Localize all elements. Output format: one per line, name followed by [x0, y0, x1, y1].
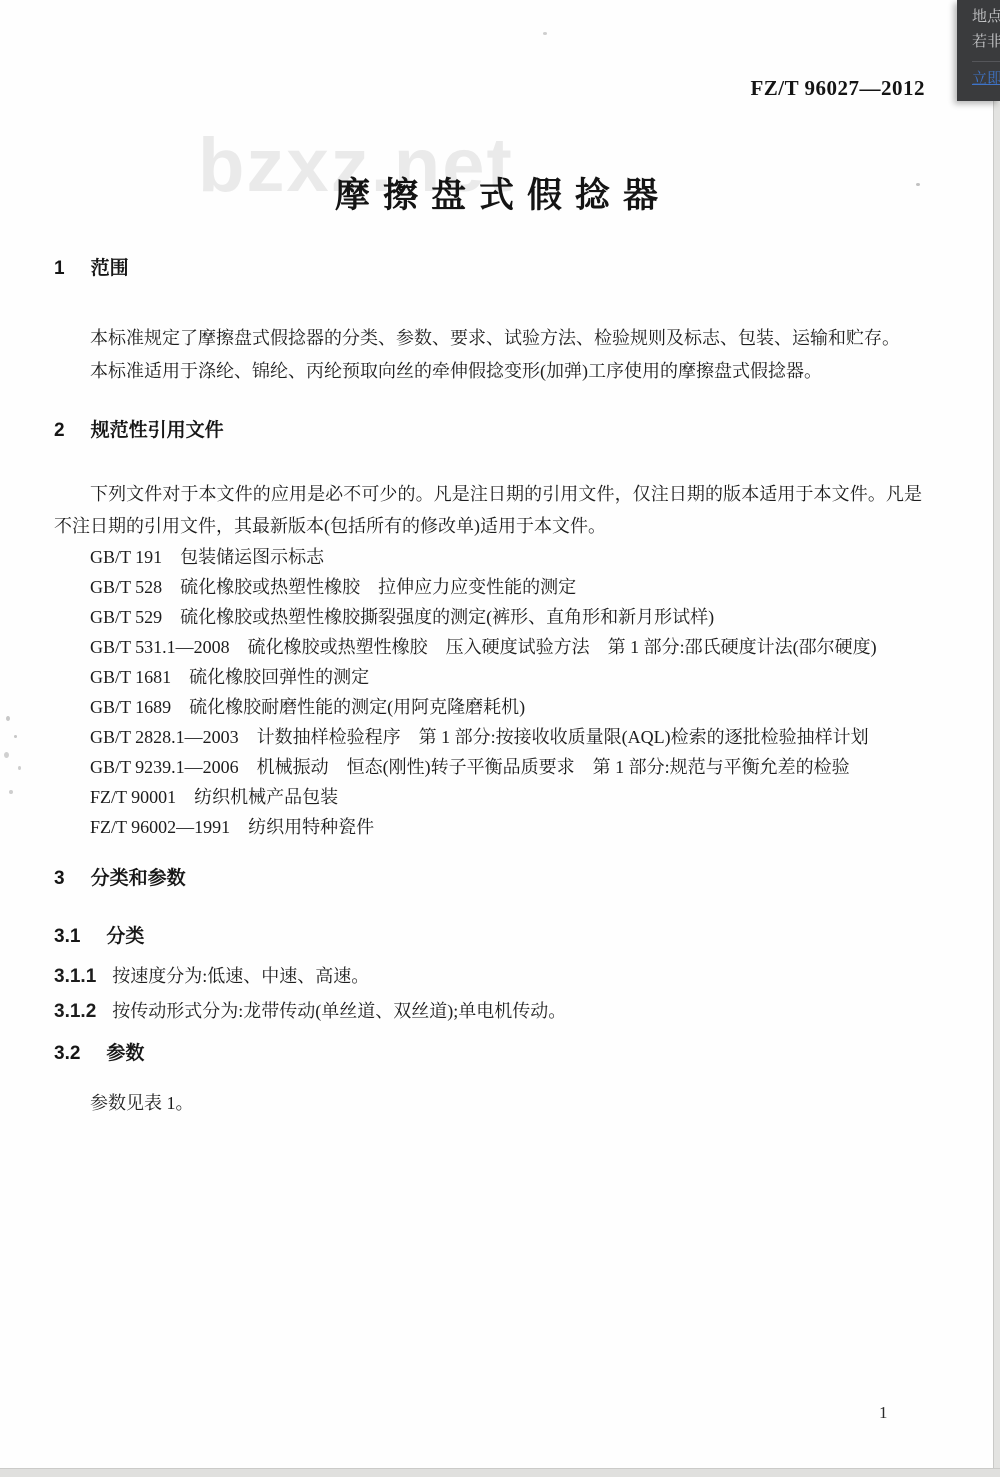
scan-artifact: [4, 752, 9, 758]
scan-artifact: [18, 766, 21, 770]
parameters-paragraph: 参数见表 1。: [54, 1087, 922, 1120]
section-title: 参数: [106, 1043, 144, 1064]
section-title: 分类和参数: [91, 868, 186, 889]
normative-references-intro: 下列文件对于本文件的应用是必不可少的。凡是注日期的引用文件，仅注日期的版本适用于…: [54, 478, 922, 542]
section-number: 2: [54, 420, 65, 441]
document-page: bzxz.net FZ/T 96027—2012 摩擦盘式假捻器 1范围 本标准…: [0, 0, 993, 1468]
reference-item: FZ/T 90001 纺织机械产品包装: [54, 782, 922, 812]
clause-3-1-1: 3.1.1按速度分为:低速、中速、高速。: [54, 961, 922, 992]
scope-paragraph-1: 本标准规定了摩擦盘式假捻器的分类、参数、要求、试验方法、检验规则及标志、包装、运…: [54, 322, 922, 355]
reference-item: GB/T 1689 硫化橡胶耐磨性能的测定(用阿克隆磨耗机): [54, 692, 922, 722]
scan-bottom-margin: [0, 1468, 1000, 1477]
scan-artifact: [9, 790, 13, 794]
reference-item: FZ/T 96002—1991 纺织用特种瓷件: [54, 812, 922, 842]
section-title: 范围: [91, 258, 129, 279]
reference-item: GB/T 191 包装储运图示标志: [54, 542, 922, 572]
document-body: 1范围 本标准规定了摩擦盘式假捻器的分类、参数、要求、试验方法、检验规则及标志、…: [54, 0, 922, 1120]
scan-right-margin: [993, 0, 1000, 1477]
section-3-heading: 3分类和参数: [54, 866, 922, 892]
section-number: 3.2: [54, 1043, 80, 1064]
reference-item: GB/T 9239.1—2006 机械振动 恒态(刚性)转子平衡品质要求 第 1…: [54, 752, 922, 782]
reference-item: GB/T 528 硫化橡胶或热塑性橡胶 拉伸应力应变性能的测定: [54, 572, 922, 602]
section-3-1-heading: 3.1分类: [54, 924, 922, 950]
page-number: 1: [879, 1403, 888, 1423]
section-title: 规范性引用文件: [91, 420, 224, 441]
popup-action-link[interactable]: 立即: [972, 70, 1000, 88]
section-1-heading: 1范围: [54, 256, 922, 282]
clause-number: 3.1.1: [54, 966, 96, 987]
clause-text: 按速度分为:低速、中速、高速。: [112, 966, 369, 986]
clause-text: 按传动形式分为:龙带传动(单丝道、双丝道);单电机传动。: [112, 1001, 566, 1021]
reference-item: GB/T 2828.1—2003 计数抽样检验程序 第 1 部分:按接收收质量限…: [54, 722, 922, 752]
section-3-2-heading: 3.2参数: [54, 1041, 922, 1067]
scan-artifact: [6, 716, 10, 721]
reference-item: GB/T 1681 硫化橡胶回弹性的测定: [54, 662, 922, 692]
popup-overlay-panel: 地点 若非 立即: [957, 0, 1000, 101]
popup-divider: [972, 61, 1000, 62]
scan-artifact: [14, 735, 17, 738]
clause-number: 3.1.2: [54, 1001, 96, 1022]
reference-item: GB/T 531.1—2008 硫化橡胶或热塑性橡胶 压入硬度试验方法 第 1 …: [54, 632, 922, 662]
popup-text-line-2: 若非: [972, 32, 1000, 52]
popup-text-line-1: 地点: [972, 7, 1000, 27]
scan-artifact: [543, 32, 547, 35]
section-number: 3.1: [54, 926, 80, 947]
section-2-heading: 2规范性引用文件: [54, 418, 922, 444]
clause-3-1-2: 3.1.2按传动形式分为:龙带传动(单丝道、双丝道);单电机传动。: [54, 996, 922, 1027]
reference-item: GB/T 529 硫化橡胶或热塑性橡胶撕裂强度的测定(裤形、直角形和新月形试样): [54, 602, 922, 632]
scanned-standard-page-view: bzxz.net FZ/T 96027—2012 摩擦盘式假捻器 1范围 本标准…: [0, 0, 1000, 1477]
section-number: 1: [54, 258, 65, 279]
scope-paragraph-2: 本标准适用于涤纶、锦纶、丙纶预取向丝的牵伸假捻变形(加弹)工序使用的摩擦盘式假捻…: [54, 355, 922, 388]
scan-artifact: [916, 183, 920, 186]
section-number: 3: [54, 868, 65, 889]
section-title: 分类: [106, 926, 144, 947]
